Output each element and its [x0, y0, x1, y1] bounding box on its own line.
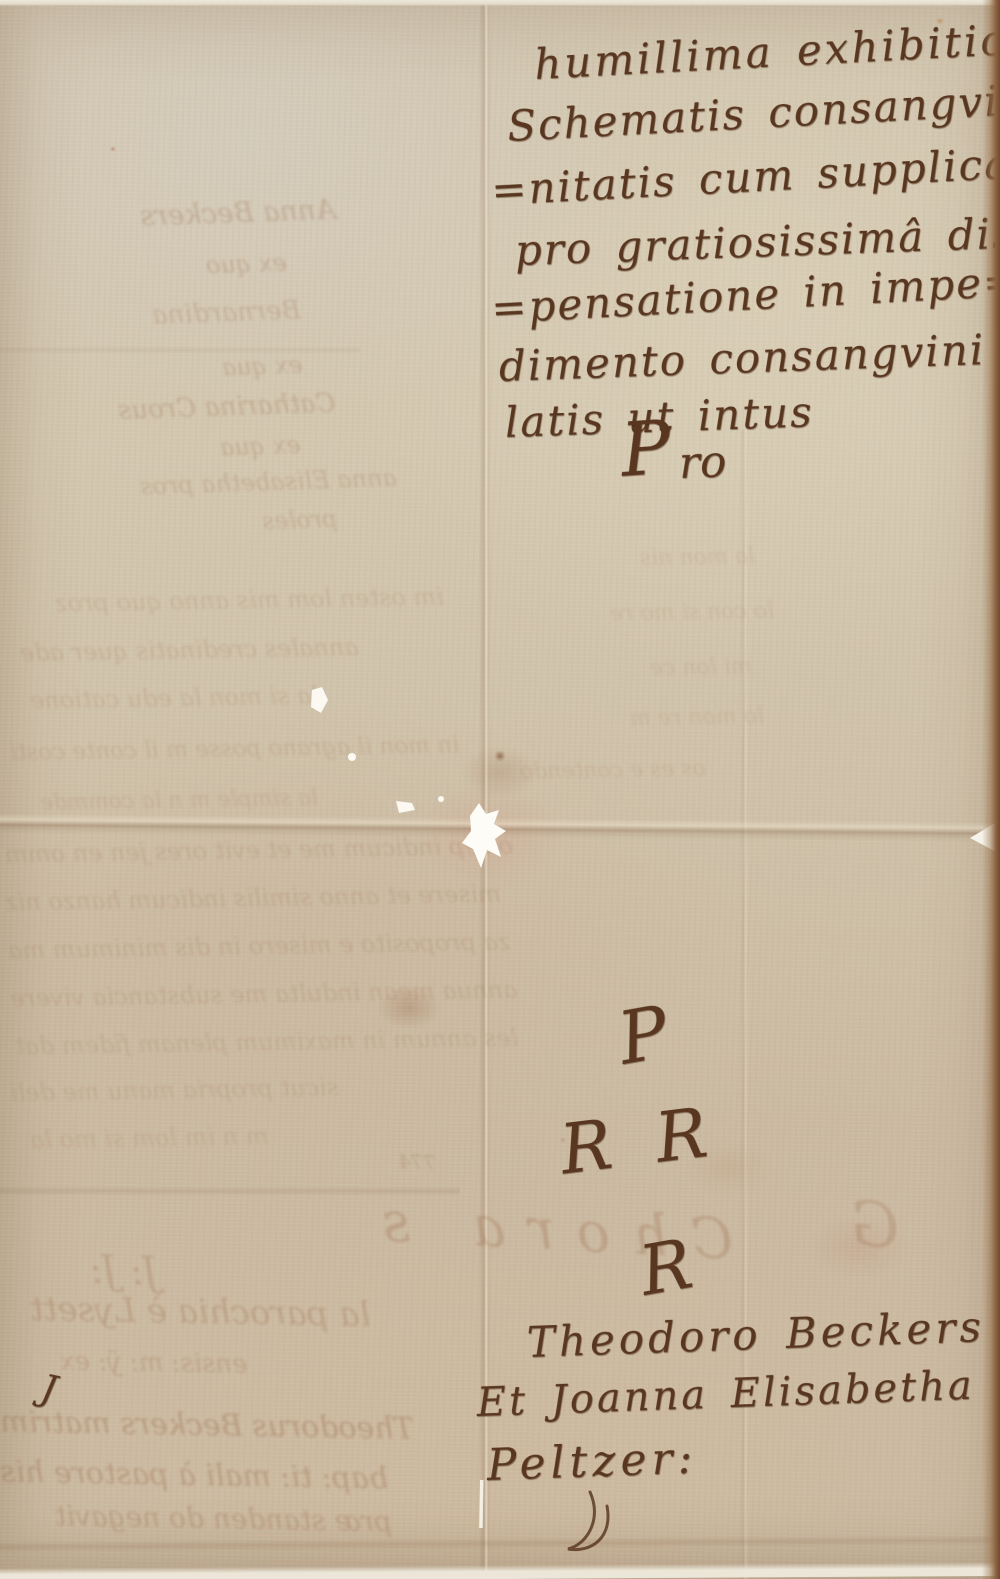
ink-inscription-line: R — [634, 1225, 698, 1312]
ink-inscription-layer: humillima exhibitioSchematis consangvi==… — [0, 0, 1000, 1579]
ink-inscription-line: J — [37, 1368, 60, 1411]
ink-inscription-line: ro — [678, 436, 727, 489]
ink-inscription-line: R R — [556, 1093, 719, 1190]
ink-inscription-line: Theodoro Beckers — [526, 1302, 986, 1367]
ink-inscription-line: =nitatis cum supplica — [490, 139, 1000, 215]
ink-inscription-line: P — [612, 990, 674, 1081]
ink-inscription-line: Peltzer: — [486, 1433, 698, 1491]
ink-inscription-line: Et Joanna Elisabetha — [476, 1363, 975, 1426]
ink-inscription-line: dimento consangvini — [498, 325, 986, 391]
manuscript-scan: Anna Beckersex quoBernardinaex quaCathar… — [0, 0, 1000, 1579]
ink-inscription-line: P — [618, 405, 674, 494]
ink-inscription-line: humillima exhibitio — [533, 15, 1000, 89]
